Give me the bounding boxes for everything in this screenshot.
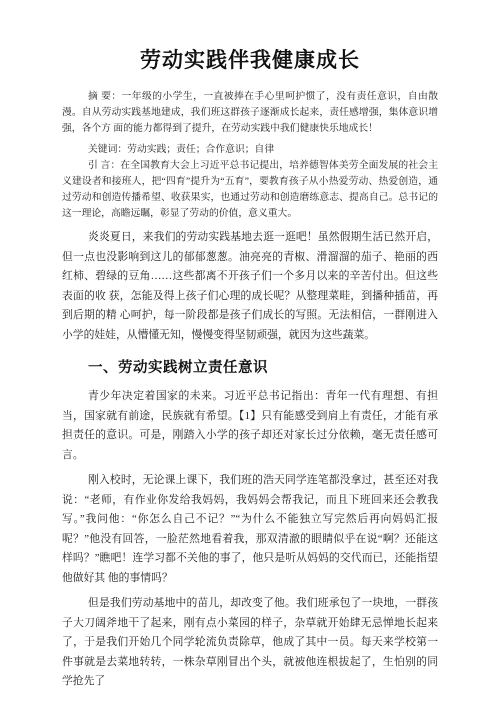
introduction-paragraph: 引 言：在全国教育大会上习近平总书记提出，培养德智体美劳全面发展的社会主义建设者… [62, 158, 438, 222]
document-body: 炎炎夏日，来我们的劳动实践基地去逛一逛吧！虽然假期生活已然开启，但一点也没影响到… [62, 228, 438, 692]
document-title: 劳动实践伴我健康成长 [62, 48, 438, 74]
keywords-line: 关键词：劳动实践；责任；合作意识；自律 [62, 142, 438, 158]
section-1-paragraph-2: 刚入校时，无论课上课下，我们班的浩天同学连笔都没拿过，甚至还对我说：“老师，有作… [62, 471, 438, 588]
document-page: 劳动实践伴我健康成长 摘 要：一年级的小学生，一直被捧在手心里呵护惯了，没有责任… [0, 0, 500, 707]
front-matter: 摘 要：一年级的小学生，一直被捧在手心里呵护惯了，没有责任意识，自由散漫。自从劳… [62, 89, 438, 222]
abstract-paragraph: 摘 要：一年级的小学生，一直被捧在手心里呵护惯了，没有责任意识，自由散漫。自从劳… [62, 89, 438, 137]
section-1-heading: 一、劳动实践树立责任意识 [62, 358, 438, 378]
section-1-paragraph-3: 但是我们劳动基地中的苗儿，却改变了他。我们班承包了一块地，一群孩子大刀阔斧地干了… [62, 594, 438, 692]
lead-paragraph: 炎炎夏日，来我们的劳动实践基地去逛一逛吧！虽然假期生活已然开启，但一点也没影响到… [62, 228, 438, 345]
section-1-paragraph-1: 青少年决定着国家的未来。习近平总书记指出：青年一代有理想、有担当，国家就有前途，… [62, 387, 438, 465]
